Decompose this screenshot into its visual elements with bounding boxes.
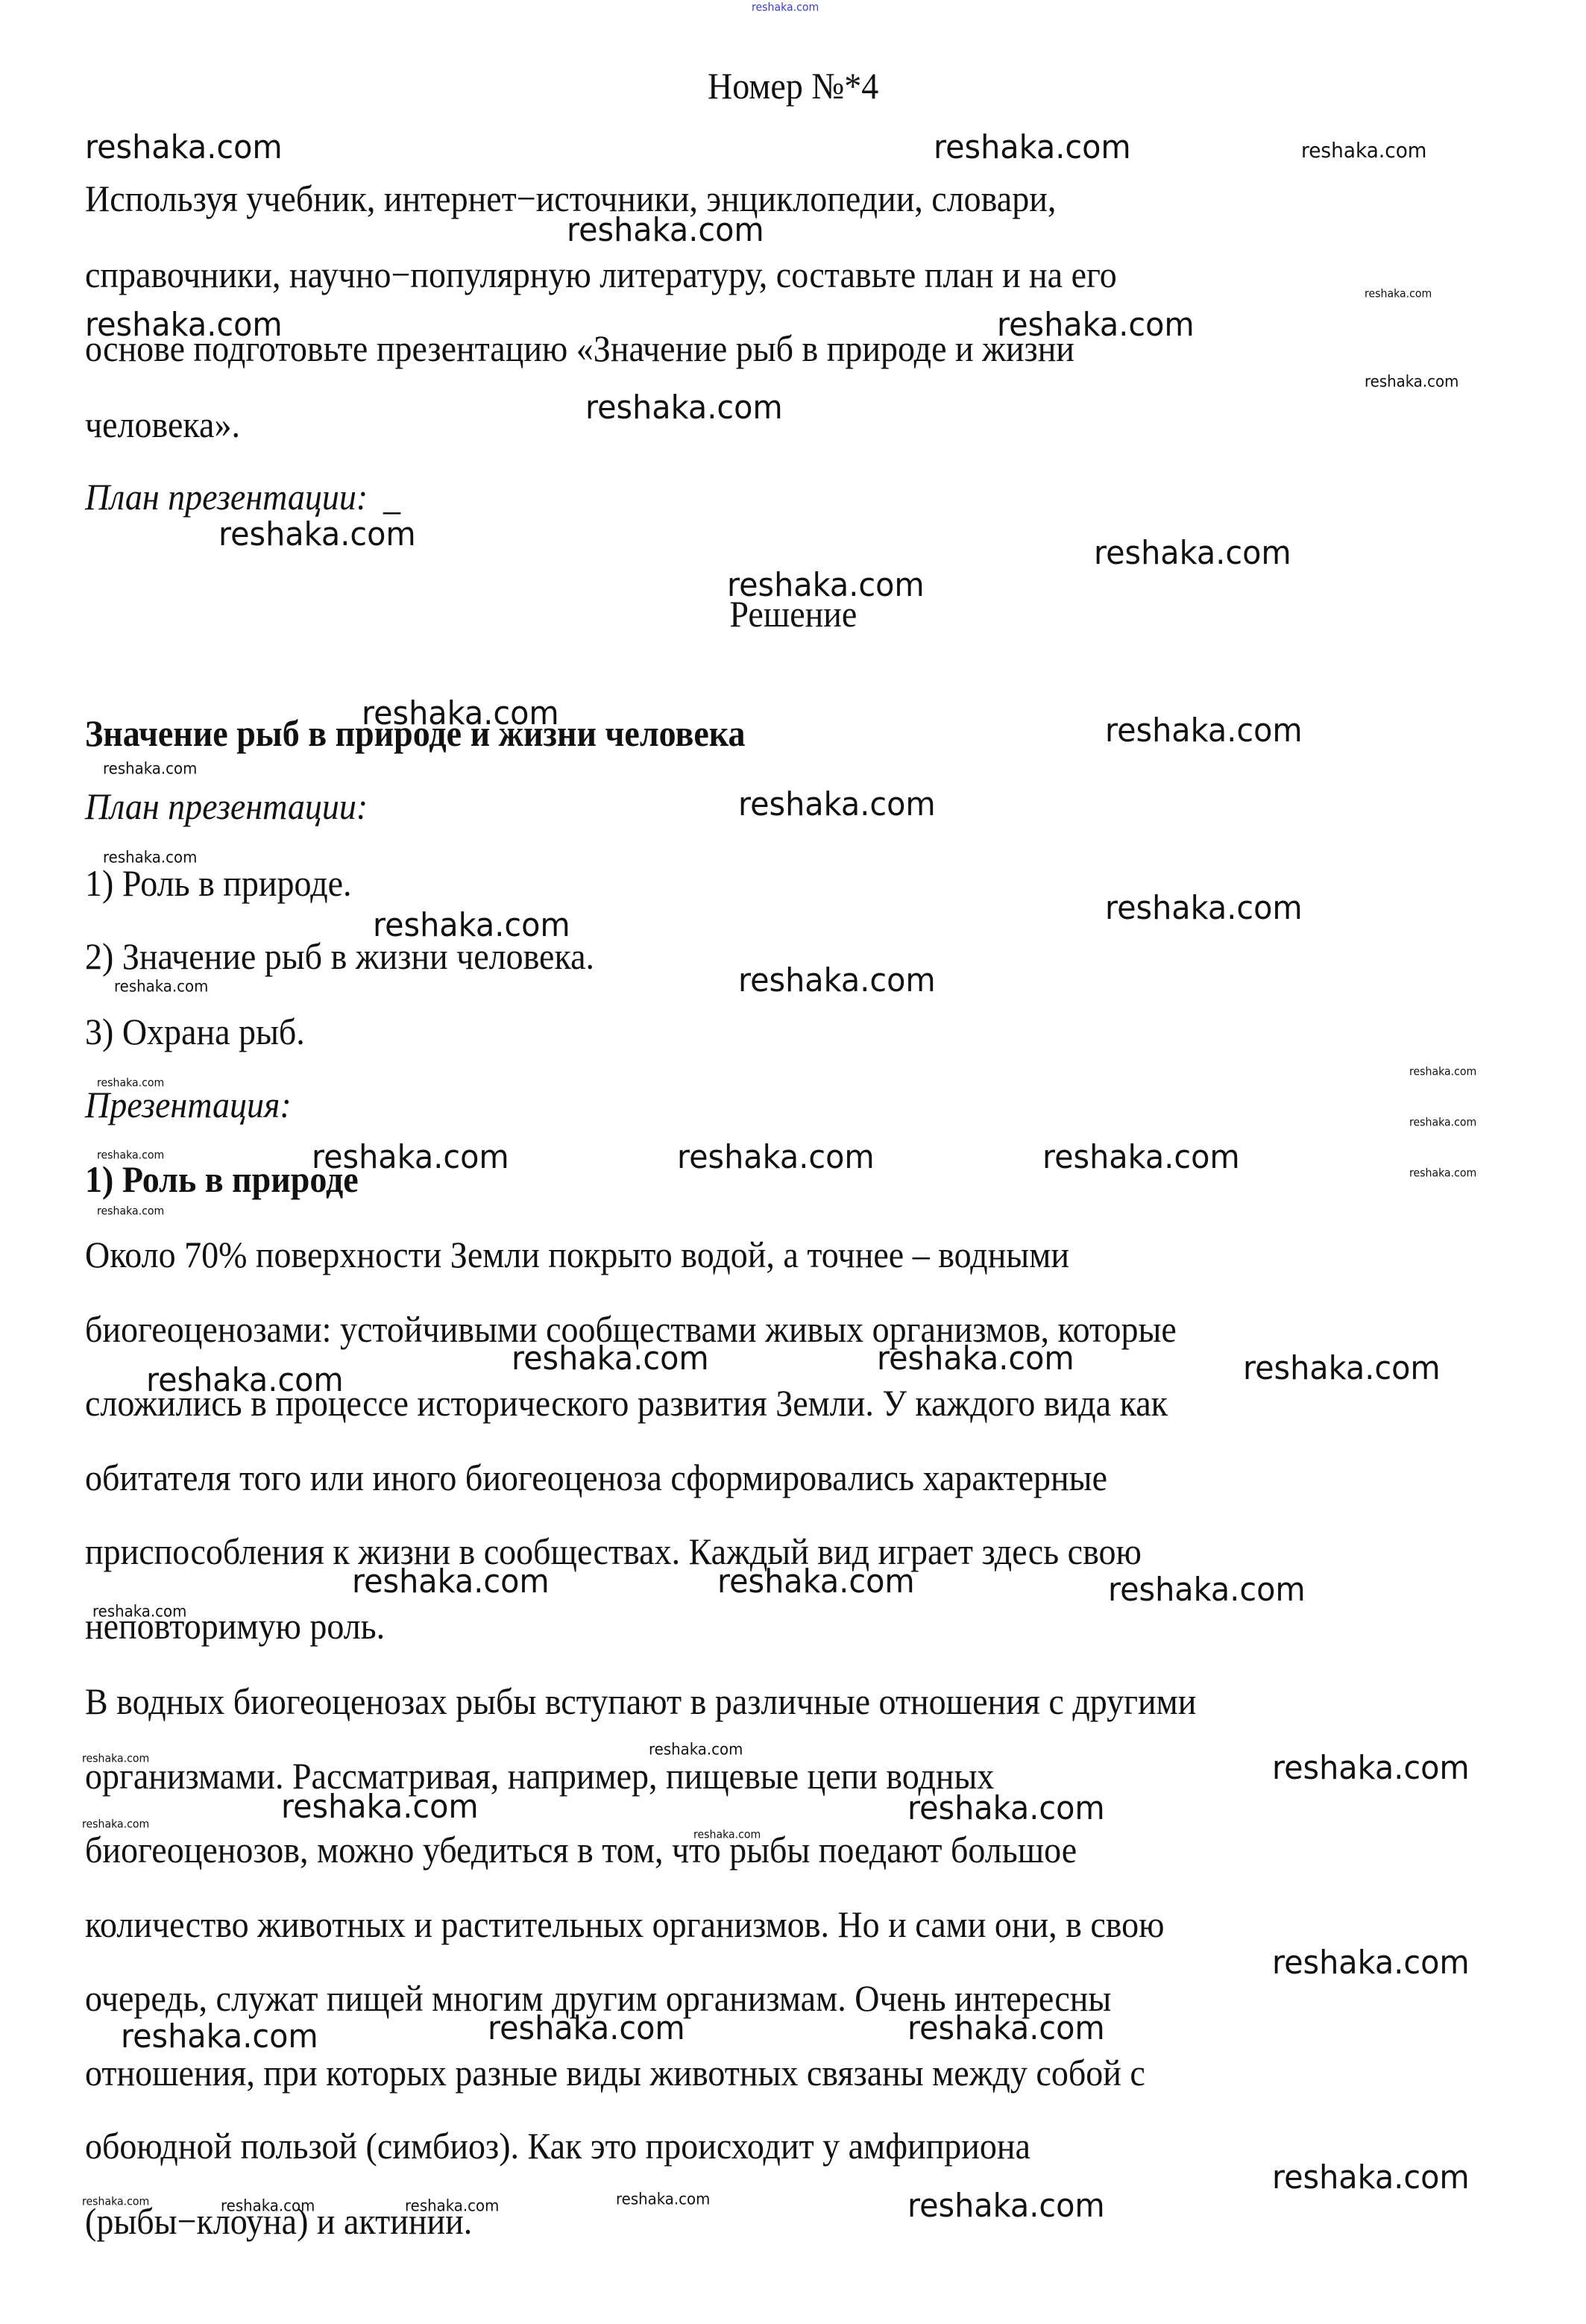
paragraph-line: приспособления к жизни в сообществах. Ка… [85,1533,1142,1570]
watermark: reshaka.com [1094,537,1291,570]
watermark: reshaka.com [1243,1352,1441,1385]
watermark: reshaka.com [97,1206,164,1217]
watermark: reshaka.com [97,1078,164,1089]
watermark: reshaka.com [281,1791,479,1824]
watermark: reshaka.com [738,964,936,997]
paragraph-line: количество животных и растительных орган… [85,1906,1165,1943]
watermark: reshaka.com [717,1565,915,1598]
watermark: reshaka.com [1301,140,1426,161]
watermark: reshaka.com [585,392,783,424]
watermark: reshaka.com [312,1141,509,1174]
watermark: reshaka.com [616,2192,710,2208]
watermark: reshaka.com [82,1753,149,1765]
watermark: reshaka.com [362,697,559,730]
watermark: reshaka.com [85,131,283,164]
task-plan-label-text: План презентации: [85,476,368,518]
watermark: reshaka.com [103,761,197,777]
watermark: reshaka.com [1105,715,1303,747]
watermark: reshaka.com [727,569,925,602]
watermark: reshaka.com [488,2012,685,2045]
watermark: reshaka.com [512,1342,709,1375]
paragraph-line: организмами. Рассматривая, например, пищ… [85,1757,994,1794]
watermark: reshaka.com [352,1565,550,1598]
task-line: справочники, научно−популярную литератур… [85,256,1117,293]
watermark: reshaka.com [121,2020,318,2053]
watermark: reshaka.com [97,1150,164,1161]
document-page: reshaka.com Номер №*4 Используя учебник,… [0,0,1586,2324]
watermark: reshaka.com [82,1819,149,1830]
watermark: reshaka.com [693,1830,761,1841]
paragraph-line: биогеоценозов, можно убедиться в том, чт… [85,1831,1077,1868]
watermark: reshaka.com [1272,1752,1470,1785]
watermark: reshaka.com [1272,1947,1470,1979]
watermark: reshaka.com [373,909,570,942]
plan-label: План презентации: [85,788,368,825]
paragraph-line: Около 70% поверхности Земли покрыто водо… [85,1236,1069,1273]
paragraph-line: обитателя того или иного биогеоценоза сф… [85,1459,1107,1496]
watermark: reshaka.com [997,309,1195,342]
watermark: reshaka.com [1042,1141,1240,1174]
watermark: reshaka.com [1105,892,1303,925]
watermark: reshaka.com [1409,1117,1476,1128]
header-watermark: reshaka.com [752,2,819,13]
watermark: reshaka.com [405,2199,499,2214]
watermark: reshaka.com [1409,1067,1476,1078]
watermark: reshaka.com [82,2196,149,2208]
watermark: reshaka.com [85,309,283,342]
page-title: Номер №*4 [0,67,1586,104]
watermark: reshaka.com [92,1604,186,1620]
paragraph-line: отношения, при которых разные виды живот… [85,2054,1145,2091]
watermark: reshaka.com [1108,1574,1306,1607]
watermark: reshaka.com [677,1141,875,1174]
watermark: reshaka.com [907,2012,1105,2045]
watermark: reshaka.com [221,2199,315,2214]
watermark: reshaka.com [1409,1168,1476,1179]
watermark: reshaka.com [907,2190,1105,2223]
watermark: reshaka.com [1365,289,1432,300]
plan-item: 1) Роль в природе. [85,864,352,902]
watermark: reshaka.com [934,131,1131,164]
page-title-text: Номер №*4 [708,67,878,104]
presentation-label: Презентация: [85,1086,292,1123]
watermark: reshaka.com [103,850,197,866]
plan-item: 3) Охрана рыб. [85,1013,305,1050]
watermark: reshaka.com [114,979,208,995]
watermark: reshaka.com [1365,374,1458,390]
task-plan-label: План презентации: _ [85,478,400,515]
watermark: reshaka.com [907,1792,1105,1825]
task-line: человека». [85,406,240,443]
watermark: reshaka.com [146,1364,344,1397]
paragraph-line: В водных биогеоценозах рыбы вступают в р… [85,1683,1196,1720]
watermark: reshaka.com [1272,2161,1470,2194]
watermark: reshaka.com [738,788,936,821]
watermark: reshaka.com [877,1342,1074,1375]
watermark: reshaka.com [567,214,764,247]
watermark: reshaka.com [218,518,416,551]
watermark: reshaka.com [649,1742,743,1758]
task-plan-blank: _ [383,476,400,518]
paragraph-line: обоюдной пользой (симбиоз). Как это прои… [85,2127,1030,2164]
